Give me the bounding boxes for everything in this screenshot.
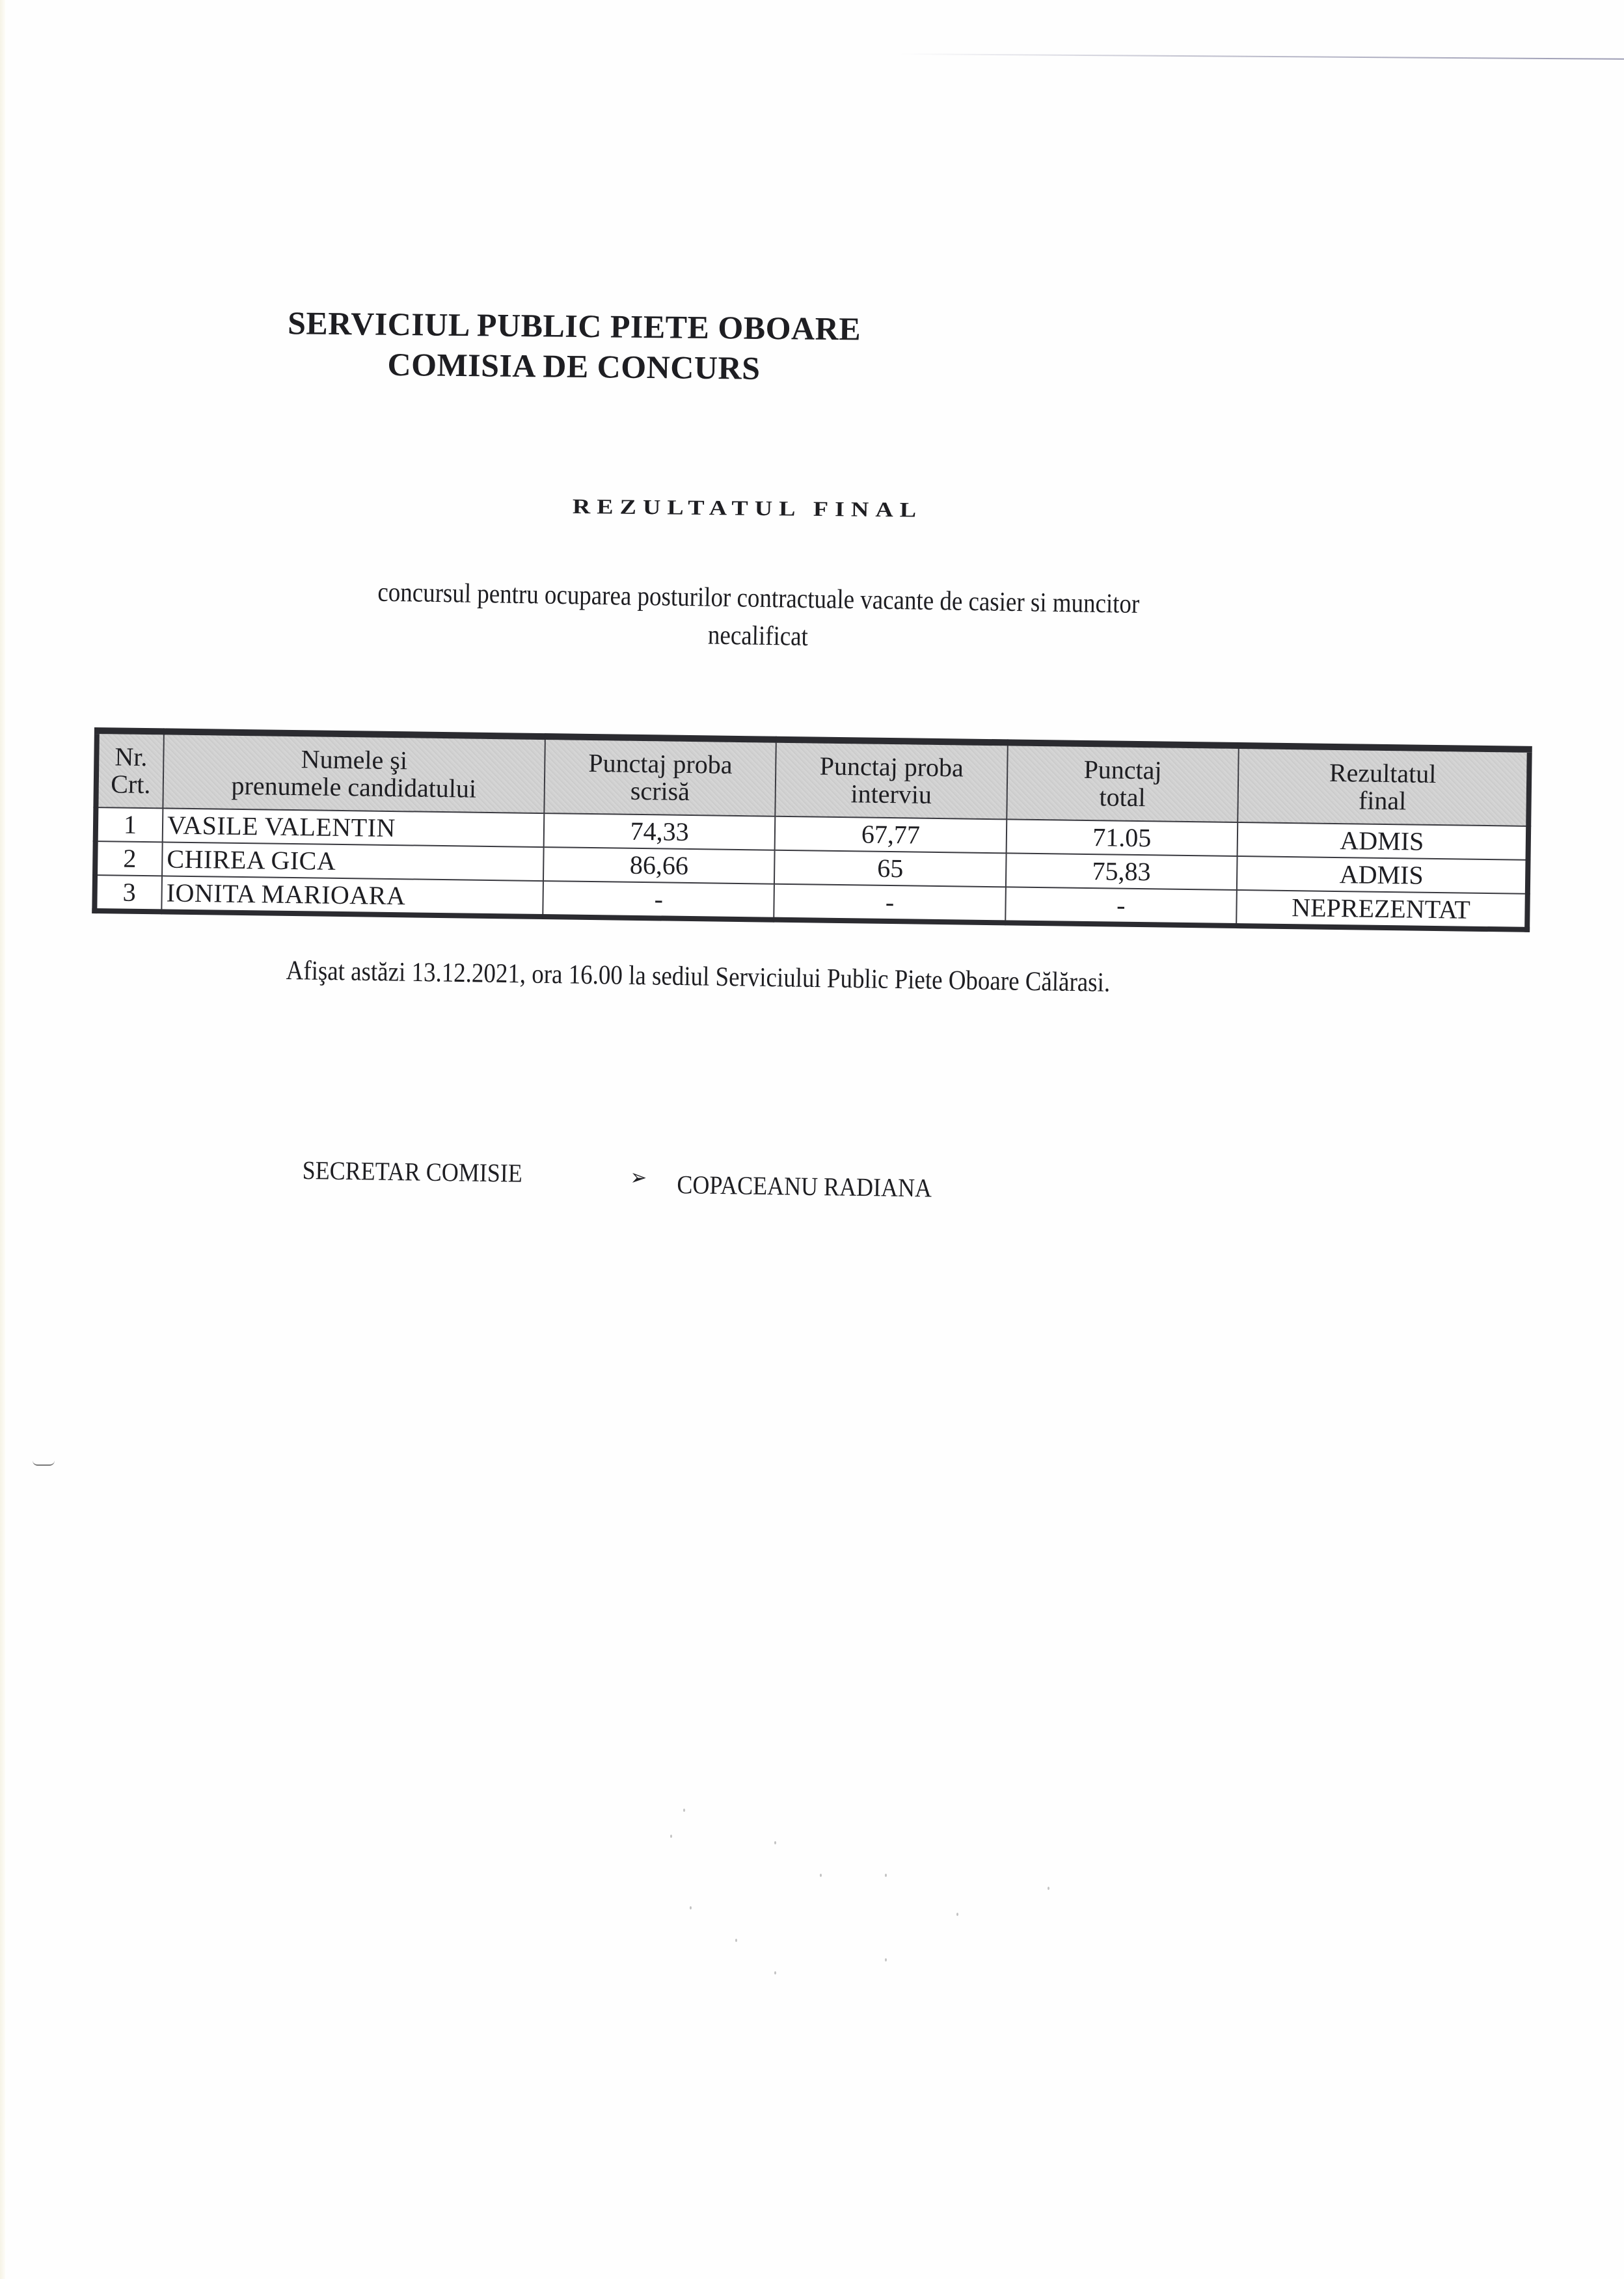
results-table-container: Nr.Crt. Numele şiprenumele candidatului … [92,727,1532,932]
cell-result: ADMIS [1237,856,1528,894]
document-header: SERVICIUL PUBLIC PIETE OBOARE COMISIA DE… [271,303,877,390]
signature-block: SECRETAR COMISIE ➢ COPACEANU RADIANA [303,1155,1005,1165]
cell-name: IONITA MARIOARA [161,876,543,917]
cell-interview: 67,77 [775,816,1007,854]
cell-result: ADMIS [1238,822,1529,860]
cell-name: VASILE VALENTIN [163,808,545,847]
header-total: Punctajtotal [1007,742,1239,822]
scan-edge-left [0,0,5,2279]
scan-edge-top [898,53,1624,60]
results-table: Nr.Crt. Numele şiprenumele candidatului … [92,727,1532,932]
cell-result: NEPREZENTAT [1236,890,1528,930]
cell-interview: - [774,884,1006,923]
cell-total: 75,83 [1006,853,1238,890]
cell-total: - [1005,887,1237,926]
signature-name: COPACEANU RADIANA [677,1169,932,1203]
cell-nr: 3 [94,875,162,911]
cell-written: 74,33 [544,813,776,850]
document-title: REZULTATUL FINAL [573,494,923,522]
cell-nr: 2 [95,841,163,876]
header-interview: Punctaj probainterviu [776,740,1008,820]
header-name: Numele şiprenumele candidatului [163,731,545,813]
cell-interview: 65 [774,850,1006,887]
arrow-bullet-icon: ➢ [630,1165,647,1191]
commission-name: COMISIA DE CONCURS [271,343,877,390]
cell-name: CHIREA GICA [162,842,544,881]
cell-total: 71.05 [1006,819,1238,856]
scan-noise [625,1692,1210,1984]
document-subtitle: concursul pentru ocuparea posturilor con… [311,573,1205,662]
header-written: Punctaj probascrisă [544,736,776,816]
header-nr: Nr.Crt. [96,731,164,808]
cell-written: 86,66 [543,847,775,884]
cell-nr: 1 [96,807,163,842]
stray-mark [33,1461,55,1466]
cell-written: - [543,881,774,920]
posted-notice: Afişat astăzi 13.12.2021, ora 16.00 la s… [286,955,1110,999]
header-result: Rezultatulfinal [1238,746,1530,826]
institution-name: SERVICIUL PUBLIC PIETE OBOARE [271,303,877,349]
scanned-page: SERVICIUL PUBLIC PIETE OBOARE COMISIA DE… [0,0,1624,2279]
signature-role: SECRETAR COMISIE [302,1155,522,1189]
